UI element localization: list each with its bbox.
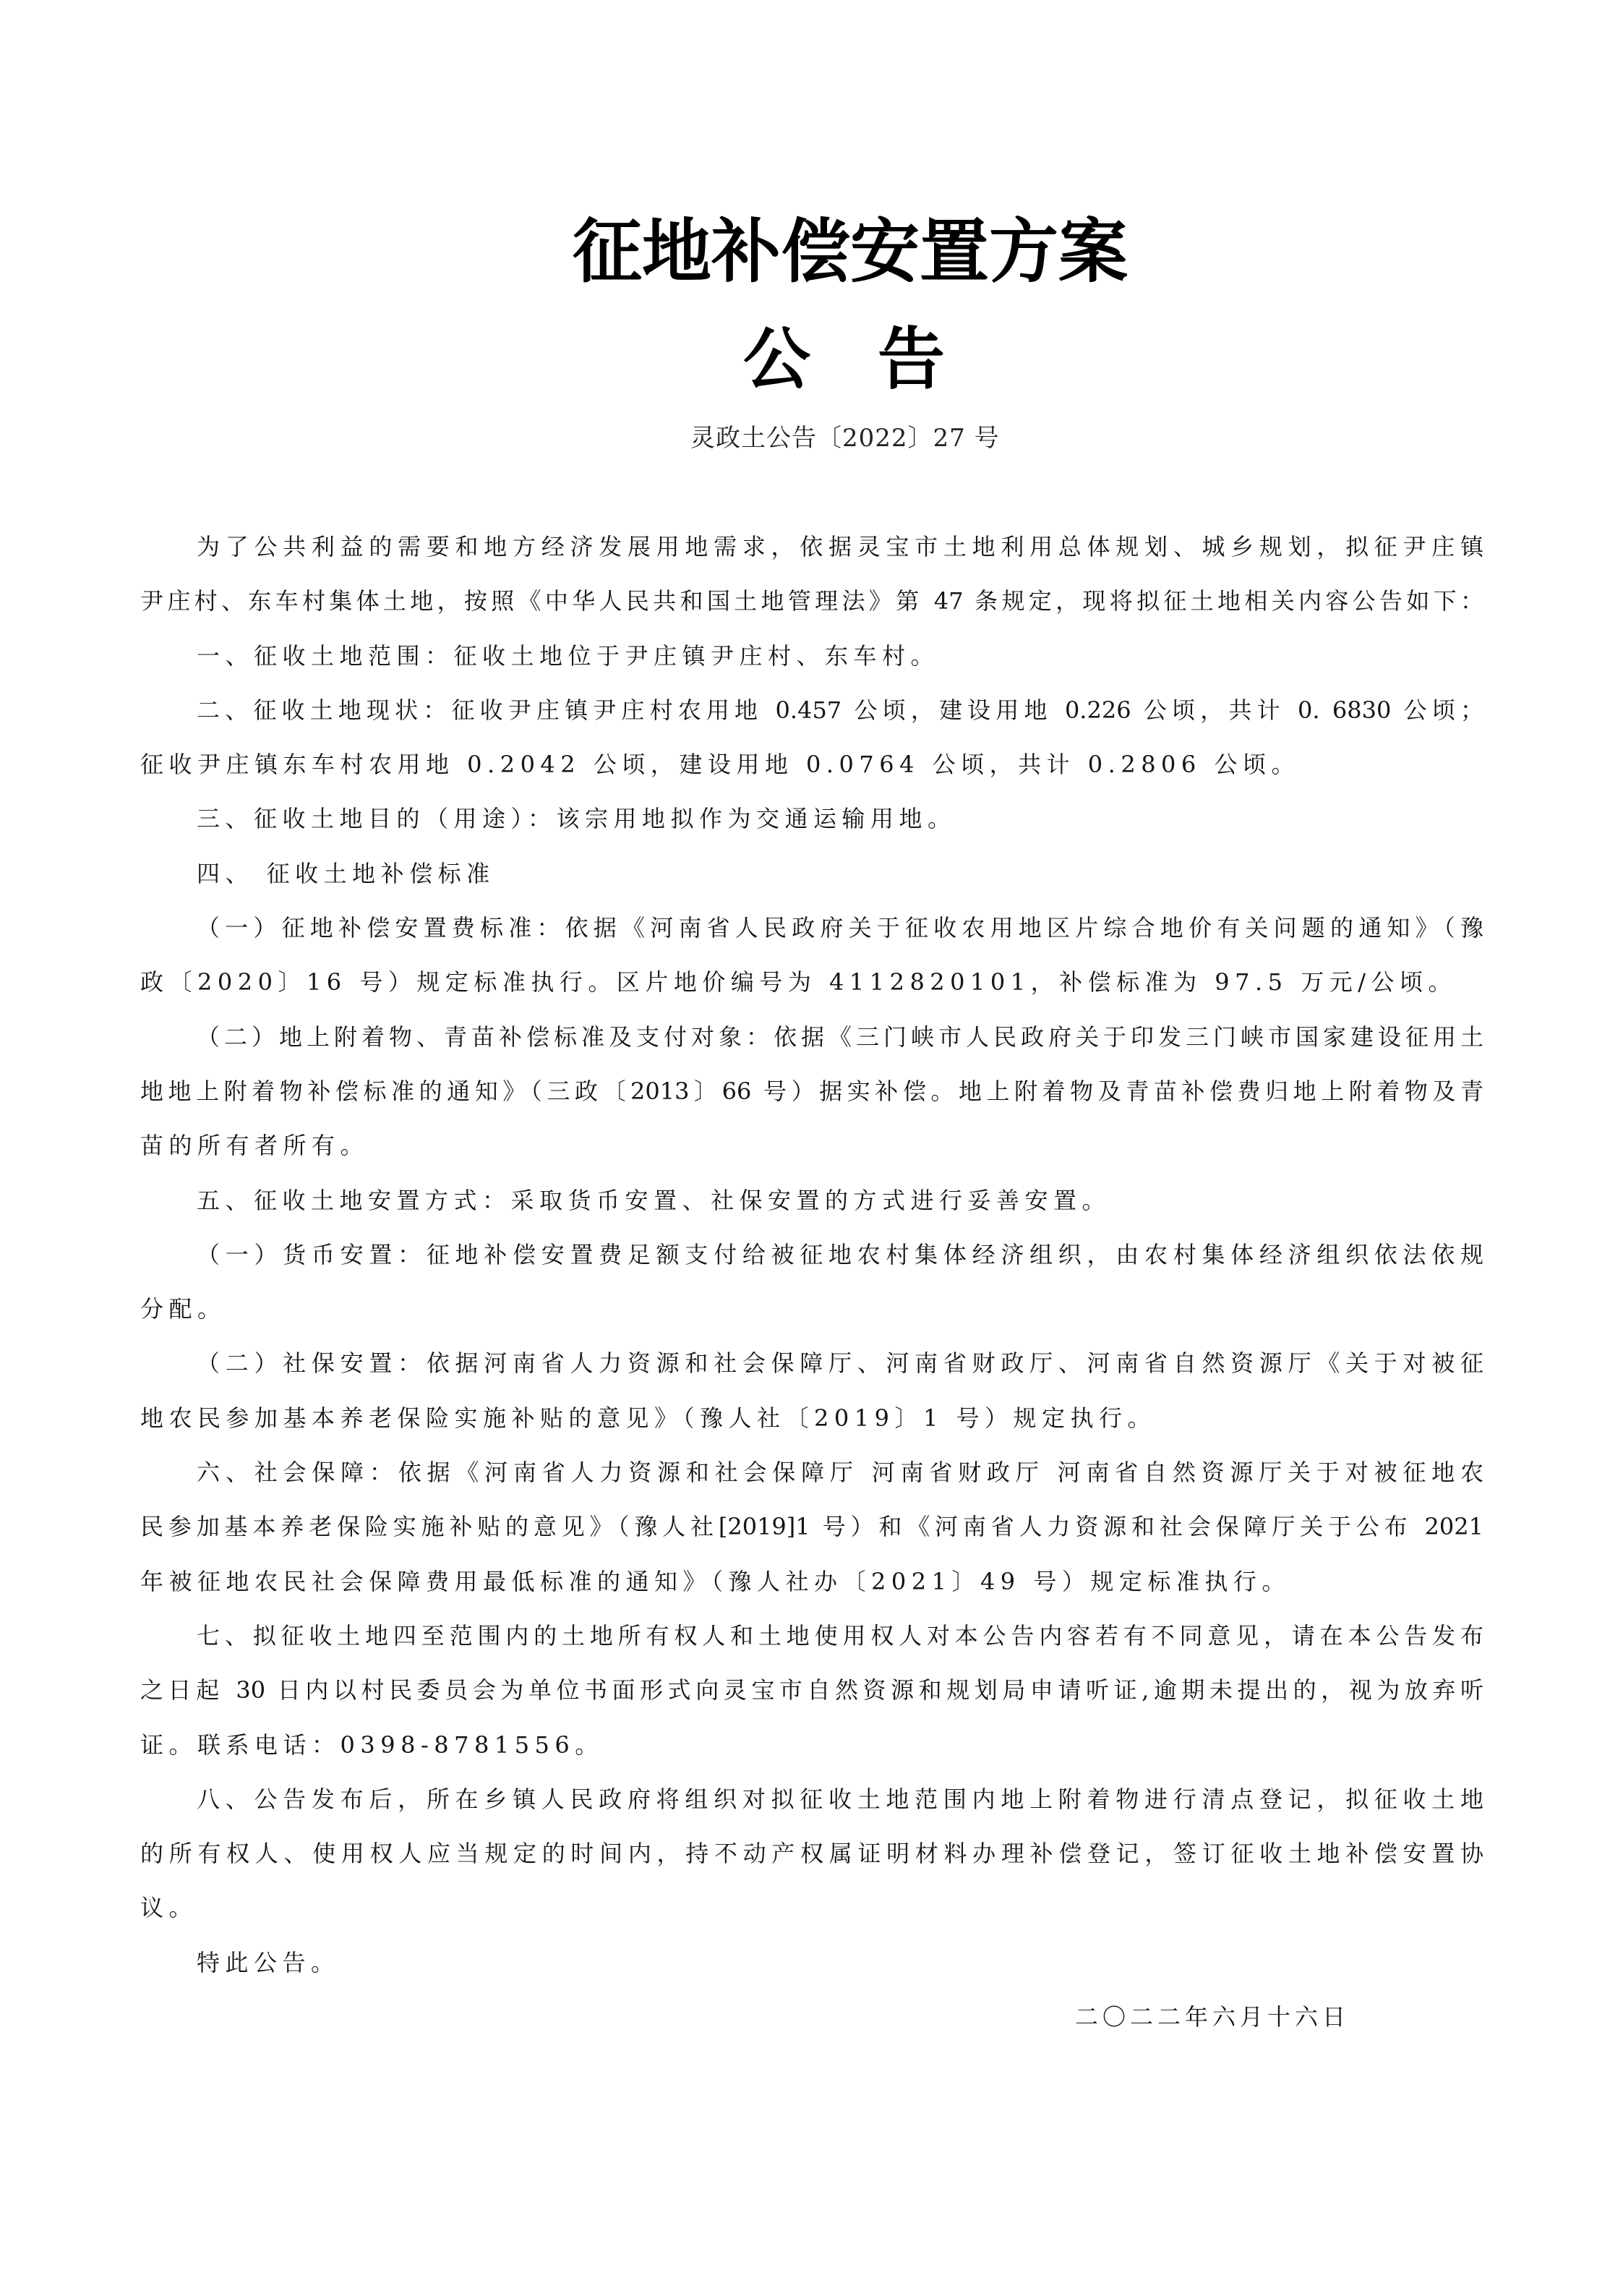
paragraph-line: 议。 — [140, 1881, 1483, 1935]
page-title: 征地补偿安置方案 — [573, 217, 1128, 286]
paragraph-section-2-status: 二、征收土地现状：征收尹庄镇尹庄村农用地 0.457 公顷，建设用地 0.226… — [140, 683, 1483, 793]
paragraph-line: 五、征收土地安置方式：采取货币安置、社保安置的方式进行妥善安置。 — [140, 1174, 1483, 1228]
paragraph-line: 证。联系电话：0398-8781556。 — [140, 1718, 1483, 1772]
paragraph-line: 年被征地农民社会保障费用最低标准的通知》（豫人社办〔2021〕49 号）规定标准… — [140, 1555, 1483, 1609]
paragraph-line: 三、征收土地目的（用途）：该宗用地拟作为交通运输用地。 — [140, 792, 1483, 846]
paragraph-section-4-1: （一）征地补偿安置费标准：依据《河南省人民政府关于征收农用地区片综合地价有关问题… — [140, 901, 1483, 1010]
paragraph-line: 的所有权人、使用权人应当规定的时间内，持不动产权属证明材料办理补偿登记，签订征收… — [140, 1827, 1483, 1881]
paragraph-line: 四、 征收土地补偿标准 — [140, 847, 1483, 901]
paragraph-section-7-hearing: 七、拟征收土地四至范围内的土地所有权人和土地使用权人对本公告内容若有不同意见，请… — [140, 1609, 1483, 1772]
paragraph-section-4-standard: 四、 征收土地补偿标准 — [140, 847, 1483, 901]
paragraph-intro: 为了公共利益的需要和地方经济发展用地需求，依据灵宝市土地利用总体规划、城乡规划，… — [140, 520, 1483, 629]
closing-line: 特此公告。 — [140, 1936, 1483, 1990]
paragraph-closing: 特此公告。 — [140, 1936, 1483, 1990]
paragraph-section-5-resettlement: 五、征收土地安置方式：采取货币安置、社保安置的方式进行妥善安置。 — [140, 1174, 1483, 1228]
paragraph-section-1-scope: 一、征收土地范围：征收土地位于尹庄镇尹庄村、东车村。 — [140, 629, 1483, 683]
paragraph-section-5-2: （二）社保安置：依据河南省人力资源和社会保障厅、河南省财政厅、河南省自然资源厅《… — [140, 1336, 1483, 1446]
paragraph-line: 分配。 — [140, 1282, 1483, 1336]
paragraph-line: 六、社会保障：依据《河南省人力资源和社会保障厅 河南省财政厅 河南省自然资源厅关… — [140, 1446, 1483, 1500]
paragraph-section-4-2: （二）地上附着物、青苗补偿标准及支付对象：依据《三门峡市人民政府关于印发三门峡市… — [140, 1010, 1483, 1174]
paragraph-line: 地地上附着物补偿标准的通知》（三政〔2013〕66 号）据实补偿。地上附着物及青… — [140, 1064, 1483, 1119]
paragraph-line: 七、拟征收土地四至范围内的土地所有权人和土地使用权人对本公告内容若有不同意见，请… — [140, 1609, 1483, 1663]
issue-date: 二〇二二年六月十六日 — [140, 1990, 1483, 2044]
paragraph-line: 为了公共利益的需要和地方经济发展用地需求，依据灵宝市土地利用总体规划、城乡规划，… — [140, 520, 1483, 574]
document-page: 征地补偿安置方案 公 告 灵政土公告〔2022〕27 号 为了公共利益的需要和地… — [0, 0, 1623, 2296]
paragraph-line: （二）社保安置：依据河南省人力资源和社会保障厅、河南省财政厅、河南省自然资源厅《… — [140, 1336, 1483, 1391]
paragraph-line: 尹庄村、东车村集体土地，按照《中华人民共和国土地管理法》第 47 条规定，现将拟… — [140, 574, 1483, 628]
document-body: 为了公共利益的需要和地方经济发展用地需求，依据灵宝市土地利用总体规划、城乡规划，… — [140, 520, 1483, 2044]
paragraph-line: （二）地上附着物、青苗补偿标准及支付对象：依据《三门峡市人民政府关于印发三门峡市… — [140, 1010, 1483, 1064]
paragraph-section-6-social-security: 六、社会保障：依据《河南省人力资源和社会保障厅 河南省财政厅 河南省自然资源厅关… — [140, 1446, 1483, 1609]
paragraph-line: 之日起 30 日内以村民委员会为单位书面形式向灵宝市自然资源和规划局申请听证,逾… — [140, 1663, 1483, 1717]
paragraph-line: 二、征收土地现状：征收尹庄镇尹庄村农用地 0.457 公顷，建设用地 0.226… — [140, 683, 1483, 738]
paragraph-line: 八、公告发布后，所在乡镇人民政府将组织对拟征收土地范围内地上附着物进行清点登记，… — [140, 1772, 1483, 1827]
document-number: 灵政土公告〔2022〕27 号 — [690, 426, 1000, 451]
paragraph-section-3-purpose: 三、征收土地目的（用途）：该宗用地拟作为交通运输用地。 — [140, 792, 1483, 846]
paragraph-line: 征收尹庄镇东车村农用地 0.2042 公顷，建设用地 0.0764 公顷，共计 … — [140, 738, 1483, 792]
paragraph-line: 一、征收土地范围：征收土地位于尹庄镇尹庄村、东车村。 — [140, 629, 1483, 683]
paragraph-section-8-registration: 八、公告发布后，所在乡镇人民政府将组织对拟征收土地范围内地上附着物进行清点登记，… — [140, 1772, 1483, 1936]
paragraph-line: 政〔2020〕16 号）规定标准执行。区片地价编号为 4112820101，补偿… — [140, 955, 1483, 1010]
paragraph-line: 地农民参加基本养老保险实施补贴的意见》（豫人社〔2019〕1 号）规定执行。 — [140, 1391, 1483, 1446]
paragraph-line: （一）征地补偿安置费标准：依据《河南省人民政府关于征收农用地区片综合地价有关问题… — [140, 901, 1483, 955]
paragraph-line: 苗的所有者所有。 — [140, 1119, 1483, 1173]
paragraph-line: （一）货币安置：征地补偿安置费足额支付给被征地农村集体经济组织，由农村集体经济组… — [140, 1228, 1483, 1282]
announcement-heading: 公 告 — [743, 325, 945, 393]
paragraph-line: 民参加基本养老保险实施补贴的意见》（豫人社[2019]1 号）和《河南省人力资源… — [140, 1500, 1483, 1554]
paragraph-section-5-1: （一）货币安置：征地补偿安置费足额支付给被征地农村集体经济组织，由农村集体经济组… — [140, 1228, 1483, 1337]
